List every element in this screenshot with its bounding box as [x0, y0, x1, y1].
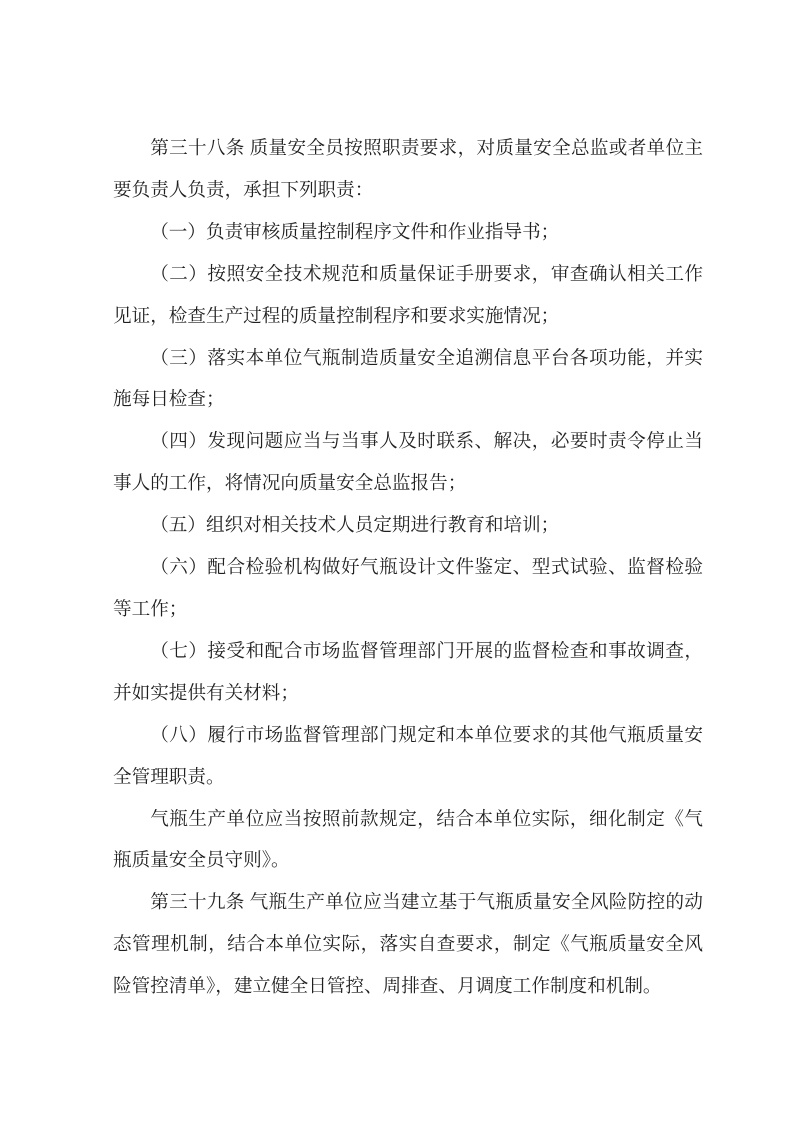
paragraph-article-39: 第三十九条 气瓶生产单位应当建立基于气瓶质量安全风险防控的动态管理机制，结合本单… [113, 882, 703, 1008]
paragraph-item-8: （八）履行市场监督管理部门规定和本单位要求的其他气瓶质量安全管理职责。 [113, 715, 703, 799]
paragraph-article-38-intro: 第三十八条 质量安全员按照职责要求，对质量安全总监或者单位主要负责人负责，承担下… [113, 128, 703, 212]
document-page: 第三十八条 质量安全员按照职责要求，对质量安全总监或者单位主要负责人负责，承担下… [0, 0, 794, 1122]
paragraph-item-6: （六）配合检验机构做好气瓶设计文件鉴定、型式试验、监督检验等工作； [113, 547, 703, 631]
paragraph-item-7: （七）接受和配合市场监督管理部门开展的监督检查和事故调查，并如实提供有关材料； [113, 631, 703, 715]
paragraph-article-38-closing: 气瓶生产单位应当按照前款规定，结合本单位实际，细化制定《气瓶质量安全员守则》。 [113, 799, 703, 883]
paragraph-item-1: （一）负责审核质量控制程序文件和作业指导书； [113, 212, 703, 254]
document-body-text: 第三十八条 质量安全员按照职责要求，对质量安全总监或者单位主要负责人负责，承担下… [113, 128, 703, 1008]
paragraph-item-5: （五）组织对相关技术人员定期进行教育和培训； [113, 505, 703, 547]
paragraph-item-4: （四）发现问题应当与当事人及时联系、解决，必要时责令停止当事人的工作，将情况向质… [113, 421, 703, 505]
paragraph-item-2: （二）按照安全技术规范和质量保证手册要求，审查确认相关工作见证，检查生产过程的质… [113, 254, 703, 338]
paragraph-item-3: （三）落实本单位气瓶制造质量安全追溯信息平台各项功能，并实施每日检查； [113, 338, 703, 422]
